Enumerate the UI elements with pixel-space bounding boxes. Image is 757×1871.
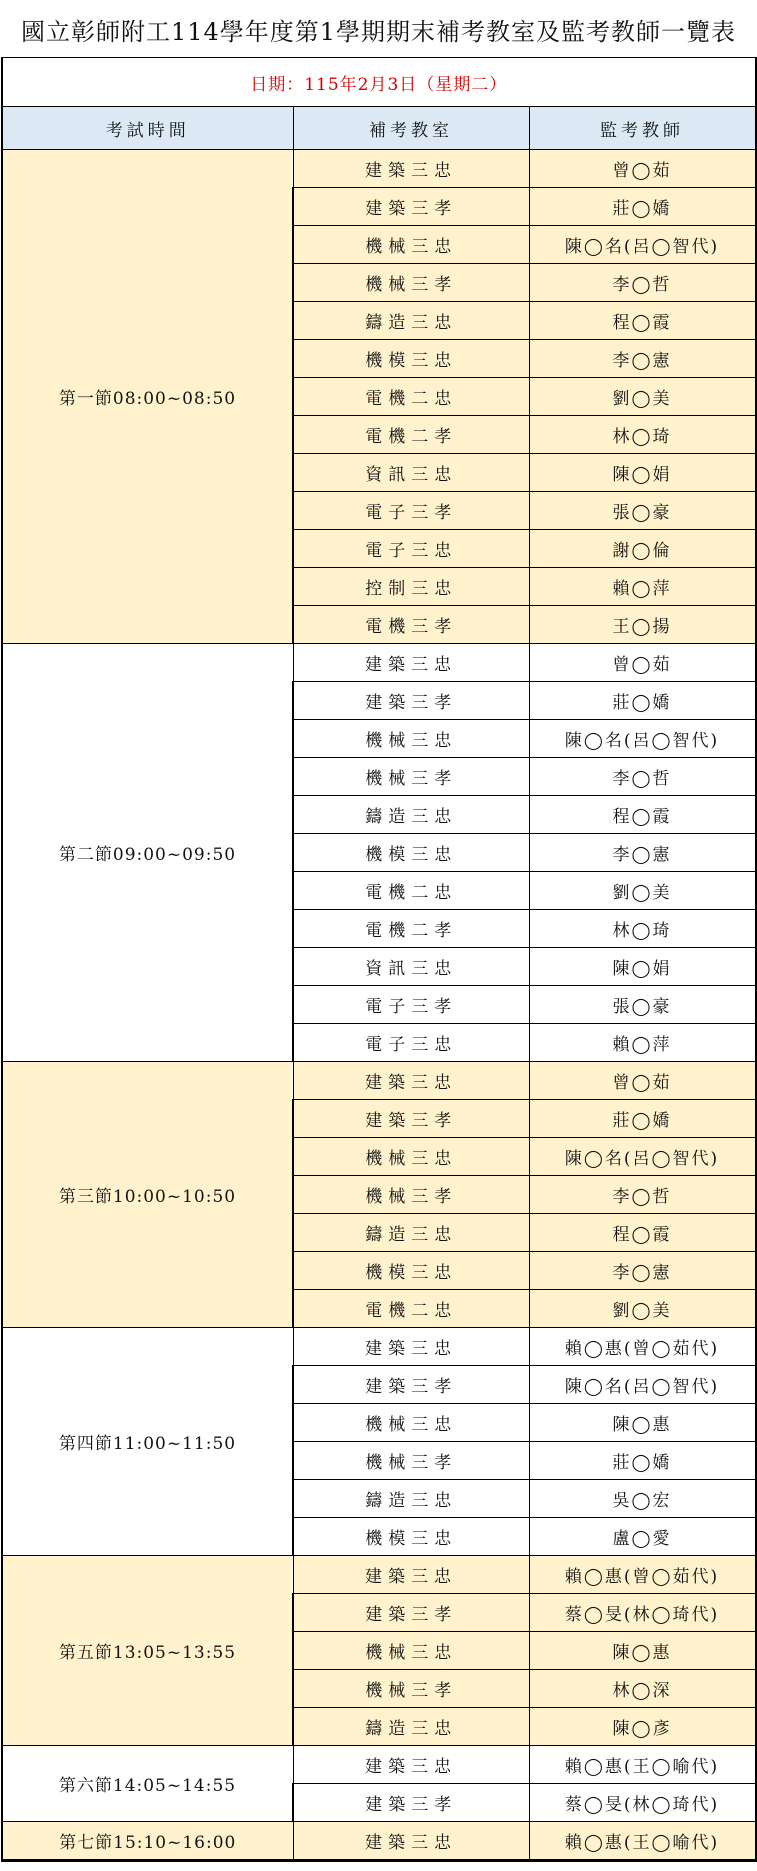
exam-room-cell: 電子三孝 [293, 492, 529, 530]
period-time-cell: 第三節10:00~10:50 [2, 1062, 293, 1328]
proctor-cell: 曾◯茹 [529, 1062, 756, 1100]
exam-room-cell: 鑄造三忠 [293, 1480, 529, 1518]
exam-schedule-table: 日期：115年2月3日（星期二） 考試時間 補考教室 監考教師 第一節08:00… [1, 57, 757, 1862]
proctor-cell: 謝◯倫 [529, 530, 756, 568]
exam-room-cell: 鑄造三忠 [293, 1214, 529, 1252]
table-row: 第二節09:00~09:50建築三忠曾◯茹 [2, 644, 756, 682]
schedule-body: 第一節08:00~08:50建築三忠曾◯茹建築三孝莊◯嬌機械三忠陳◯名(呂◯智代… [2, 150, 756, 1861]
exam-room-cell: 建築三忠 [293, 1328, 529, 1366]
exam-room-cell: 建築三忠 [293, 1746, 529, 1784]
proctor-cell: 程◯霞 [529, 796, 756, 834]
proctor-cell: 賴◯萍 [529, 568, 756, 606]
exam-room-cell: 機械三孝 [293, 1670, 529, 1708]
exam-room-cell: 建築三忠 [293, 1822, 529, 1861]
exam-room-cell: 機械三孝 [293, 1442, 529, 1480]
proctor-cell: 李◯憲 [529, 834, 756, 872]
proctor-cell: 莊◯嬌 [529, 188, 756, 226]
exam-room-cell: 資訊三忠 [293, 948, 529, 986]
proctor-cell: 盧◯愛 [529, 1518, 756, 1556]
exam-room-cell: 機械三忠 [293, 1138, 529, 1176]
proctor-cell: 蔡◯旻(林◯琦代) [529, 1784, 756, 1822]
proctor-cell: 賴◯惠(王◯喻代) [529, 1822, 756, 1861]
proctor-cell: 李◯憲 [529, 1252, 756, 1290]
proctor-cell: 林◯深 [529, 1670, 756, 1708]
proctor-cell: 張◯豪 [529, 492, 756, 530]
proctor-cell: 賴◯惠(王◯喻代) [529, 1746, 756, 1784]
proctor-cell: 吳◯宏 [529, 1480, 756, 1518]
proctor-cell: 林◯琦 [529, 416, 756, 454]
period-time-cell: 第七節15:10~16:00 [2, 1822, 293, 1861]
proctor-cell: 陳◯名(呂◯智代) [529, 720, 756, 758]
proctor-cell: 賴◯萍 [529, 1024, 756, 1062]
proctor-cell: 陳◯彥 [529, 1708, 756, 1746]
proctor-cell: 莊◯嬌 [529, 1100, 756, 1138]
table-row: 第四節11:00~11:50建築三忠賴◯惠(曾◯茹代) [2, 1328, 756, 1366]
proctor-cell: 李◯哲 [529, 758, 756, 796]
table-row: 第六節14:05~14:55建築三忠賴◯惠(王◯喻代) [2, 1746, 756, 1784]
exam-room-cell: 機械三忠 [293, 720, 529, 758]
exam-room-cell: 機械三孝 [293, 1176, 529, 1214]
period-time-cell: 第一節08:00~08:50 [2, 150, 293, 644]
exam-room-cell: 建築三孝 [293, 682, 529, 720]
exam-room-cell: 電子三忠 [293, 530, 529, 568]
exam-room-cell: 機模三忠 [293, 834, 529, 872]
column-header-row: 考試時間 補考教室 監考教師 [2, 107, 756, 150]
proctor-cell: 王◯揚 [529, 606, 756, 644]
table-row: 第一節08:00~08:50建築三忠曾◯茹 [2, 150, 756, 188]
proctor-cell: 曾◯茹 [529, 150, 756, 188]
exam-room-cell: 電子三忠 [293, 1024, 529, 1062]
proctor-cell: 陳◯娟 [529, 948, 756, 986]
proctor-cell: 陳◯惠 [529, 1404, 756, 1442]
proctor-cell: 陳◯名(呂◯智代) [529, 1138, 756, 1176]
proctor-cell: 林◯琦 [529, 910, 756, 948]
exam-room-cell: 電機二忠 [293, 872, 529, 910]
proctor-cell: 程◯霞 [529, 302, 756, 340]
proctor-cell: 陳◯惠 [529, 1632, 756, 1670]
proctor-cell: 陳◯娟 [529, 454, 756, 492]
proctor-cell: 李◯憲 [529, 340, 756, 378]
exam-room-cell: 機械三孝 [293, 758, 529, 796]
proctor-cell: 蔡◯旻(林◯琦代) [529, 1594, 756, 1632]
exam-room-cell: 資訊三忠 [293, 454, 529, 492]
table-row: 第五節13:05~13:55建築三忠賴◯惠(曾◯茹代) [2, 1556, 756, 1594]
column-header-exam-time: 考試時間 [2, 107, 293, 150]
period-time-cell: 第二節09:00~09:50 [2, 644, 293, 1062]
proctor-cell: 陳◯名(呂◯智代) [529, 226, 756, 264]
table-row: 第七節15:10~16:00建築三忠賴◯惠(王◯喻代) [2, 1822, 756, 1861]
exam-room-cell: 電機二孝 [293, 416, 529, 454]
exam-room-cell: 建築三忠 [293, 1062, 529, 1100]
exam-room-cell: 機模三忠 [293, 340, 529, 378]
column-header-exam-room: 補考教室 [293, 107, 529, 150]
proctor-cell: 陳◯名(呂◯智代) [529, 1366, 756, 1404]
proctor-cell: 賴◯惠(曾◯茹代) [529, 1328, 756, 1366]
exam-room-cell: 電機二孝 [293, 910, 529, 948]
exam-room-cell: 機模三忠 [293, 1518, 529, 1556]
proctor-cell: 劉◯美 [529, 378, 756, 416]
exam-room-cell: 機模三忠 [293, 1252, 529, 1290]
proctor-cell: 劉◯美 [529, 872, 756, 910]
exam-room-cell: 建築三孝 [293, 1594, 529, 1632]
column-header-proctor: 監考教師 [529, 107, 756, 150]
proctor-cell: 莊◯嬌 [529, 682, 756, 720]
proctor-cell: 李◯哲 [529, 264, 756, 302]
exam-room-cell: 建築三忠 [293, 1556, 529, 1594]
exam-room-cell: 機械三忠 [293, 1632, 529, 1670]
exam-room-cell: 鑄造三忠 [293, 1708, 529, 1746]
exam-room-cell: 建築三孝 [293, 1100, 529, 1138]
exam-room-cell: 建築三忠 [293, 150, 529, 188]
proctor-cell: 賴◯惠(曾◯茹代) [529, 1556, 756, 1594]
exam-room-cell: 鑄造三忠 [293, 796, 529, 834]
exam-room-cell: 電機三孝 [293, 606, 529, 644]
period-time-cell: 第四節11:00~11:50 [2, 1328, 293, 1556]
exam-room-cell: 機械三孝 [293, 264, 529, 302]
document-title: 國立彰師附工114學年度第1學期期末補考教室及監考教師一覽表 [0, 10, 757, 54]
exam-room-cell: 機械三忠 [293, 1404, 529, 1442]
exam-room-cell: 鑄造三忠 [293, 302, 529, 340]
exam-room-cell: 電機二忠 [293, 1290, 529, 1328]
proctor-cell: 李◯哲 [529, 1176, 756, 1214]
proctor-cell: 程◯霞 [529, 1214, 756, 1252]
proctor-cell: 莊◯嬌 [529, 1442, 756, 1480]
period-time-cell: 第六節14:05~14:55 [2, 1746, 293, 1822]
date-row: 日期：115年2月3日（星期二） [2, 58, 756, 107]
exam-room-cell: 機械三忠 [293, 226, 529, 264]
exam-room-cell: 電機二忠 [293, 378, 529, 416]
table-row: 第三節10:00~10:50建築三忠曾◯茹 [2, 1062, 756, 1100]
exam-room-cell: 建築三孝 [293, 1784, 529, 1822]
exam-room-cell: 建築三忠 [293, 644, 529, 682]
exam-room-cell: 控制三忠 [293, 568, 529, 606]
exam-room-cell: 建築三孝 [293, 188, 529, 226]
proctor-cell: 張◯豪 [529, 986, 756, 1024]
period-time-cell: 第五節13:05~13:55 [2, 1556, 293, 1746]
exam-room-cell: 電子三孝 [293, 986, 529, 1024]
proctor-cell: 曾◯茹 [529, 644, 756, 682]
exam-room-cell: 建築三孝 [293, 1366, 529, 1404]
proctor-cell: 劉◯美 [529, 1290, 756, 1328]
exam-date: 日期：115年2月3日（星期二） [2, 58, 756, 107]
